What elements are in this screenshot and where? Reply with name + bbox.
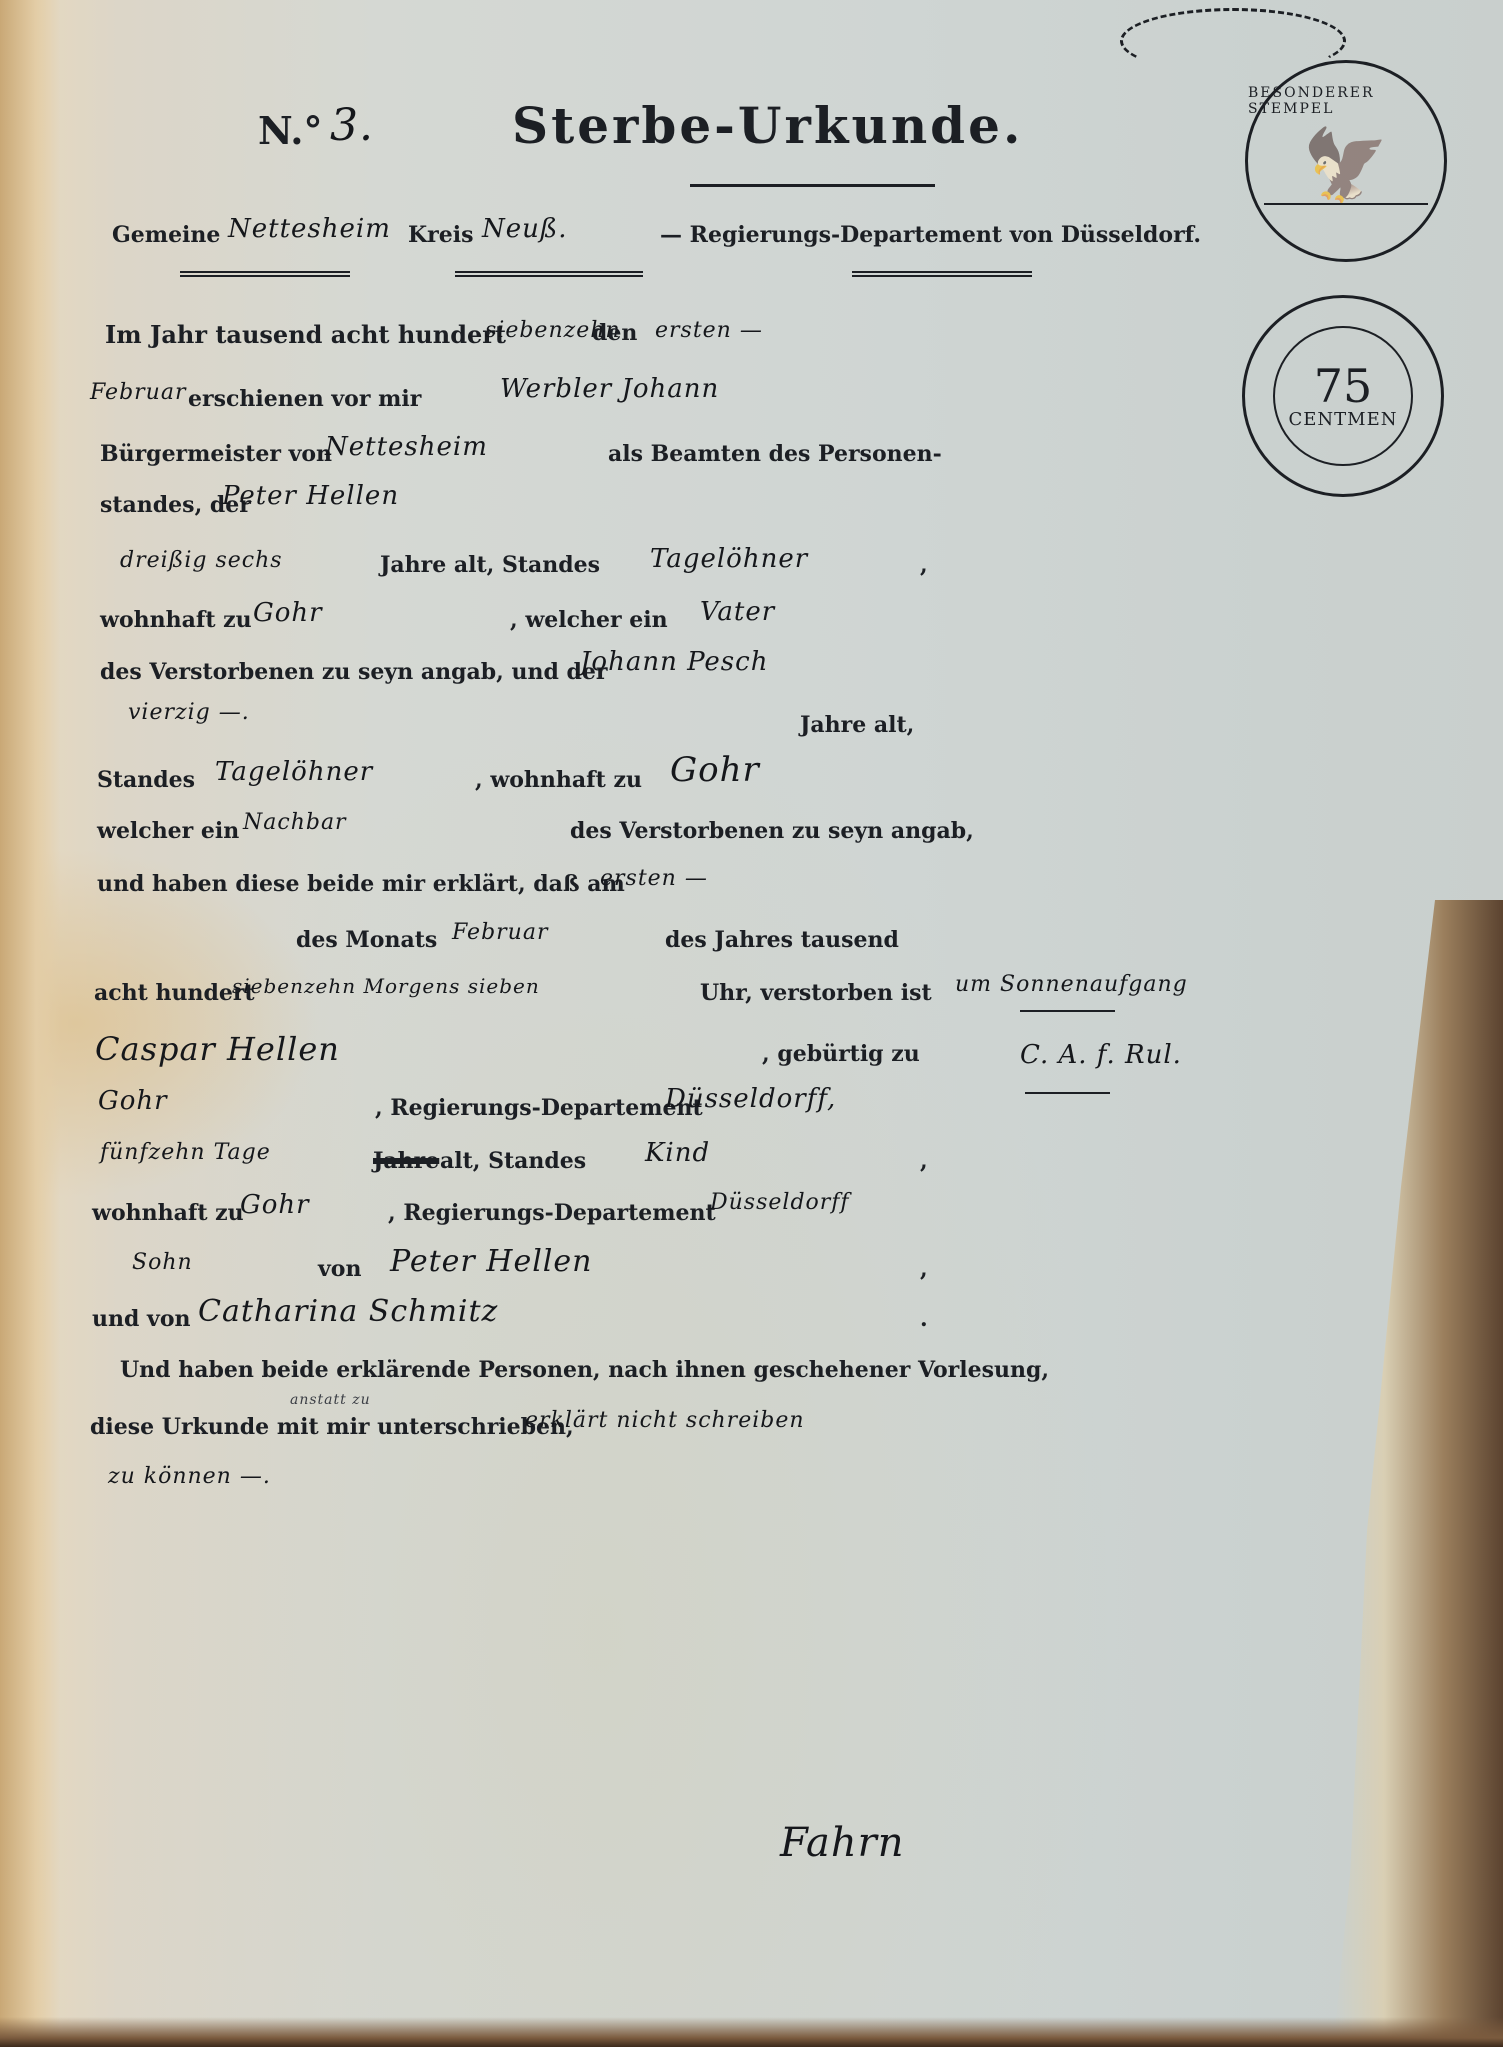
special-stamp: BESONDERER STEMPEL 🦅 (1245, 60, 1447, 262)
line-9-printed: Standes (97, 767, 195, 793)
line-18-printed: von (318, 1256, 361, 1282)
line-5-printed: Jahre alt, Standes (380, 552, 600, 578)
residence-department: Düsseldorff (710, 1190, 850, 1215)
line-13-printed: acht hundert (94, 980, 255, 1006)
struck-word: Jahre (373, 1148, 439, 1174)
torn-right-edge (1333, 900, 1503, 2047)
death-day: ersten — (600, 866, 708, 891)
death-year-time: siebenzehn Morgens sieben (232, 974, 540, 998)
margin-rule-1 (1020, 1010, 1115, 1012)
line-17-printed-2: , Regierungs-Departement (388, 1200, 716, 1226)
margin-rule-2 (1025, 1092, 1110, 1094)
deceased-residence: Gohr (240, 1190, 310, 1220)
line-6-printed-2: , welcher ein (510, 607, 668, 633)
line-17-printed: wohnhaft zu (92, 1200, 244, 1226)
line-14-printed: , gebürtig zu (762, 1041, 920, 1067)
declarant-2-relation: Nachbar (243, 810, 347, 835)
tax-stamp-inner: 75 CENTMEN (1273, 326, 1413, 466)
death-month: Februar (452, 920, 548, 945)
line-10-printed: welcher ein (97, 818, 239, 844)
municipality: Nettesheim (325, 432, 488, 462)
deceased-name: Caspar Hellen (95, 1030, 340, 1068)
deceased-status: Kind (645, 1138, 710, 1168)
line-2-month: Februar (90, 380, 186, 405)
declarant-2-age: vierzig —. (128, 700, 250, 725)
line-21-printed: diese Urkunde mit mir unterschrieben, (90, 1414, 574, 1440)
line-12-printed-2: des Jahres tausend (665, 927, 899, 953)
declarant-1-residence: Gohr (253, 598, 323, 628)
line-11-printed: und haben diese beide mir erklärt, daß a… (97, 871, 625, 897)
interlinear-note: anstatt zu (290, 1392, 371, 1408)
line-19-printed: und von (92, 1306, 190, 1332)
mayor-name: Werbler Johann (500, 374, 719, 404)
tax-amount: 75 (1314, 363, 1373, 409)
line-16-printed: alt, Standes (440, 1148, 586, 1174)
deceased-birthplace: Gohr (98, 1086, 168, 1116)
document-page: N.° 3. Sterbe-Urkunde. BESONDERER STEMPE… (0, 0, 1503, 2047)
line-10-printed-2: des Verstorbenen zu seyn angab, (570, 818, 974, 844)
title-rule (690, 184, 935, 187)
margin-note-1: um Sonnenaufgang (955, 972, 1188, 997)
father-name: Peter Hellen (390, 1244, 592, 1279)
line-1-printed: Im Jahr tausend acht hundert (105, 320, 506, 349)
line-1-printed-2: den (592, 320, 637, 346)
eagle-icon: 🦅 (1302, 124, 1389, 207)
line-5-comma: , (920, 552, 928, 578)
line-18-comma: , (920, 1256, 928, 1282)
line-3-printed: Bürgermeister von (100, 441, 332, 467)
binding-bottom-edge (0, 2017, 1503, 2047)
pencil-loop-mark (1120, 8, 1346, 74)
line-16-comma: , (920, 1148, 928, 1174)
header-rule-2 (455, 271, 643, 277)
stamp-text: BESONDERER STEMPEL (1248, 85, 1444, 117)
line-19-period: . (920, 1306, 928, 1332)
line-12-printed: des Monats (296, 927, 437, 953)
kreis-label: Kreis (408, 222, 473, 248)
line-6-printed: wohnhaft zu (100, 607, 252, 633)
line-20-printed: Und haben beide erklärende Personen, nac… (120, 1357, 1049, 1383)
header-rule-1 (180, 271, 350, 277)
certificate-number: 3. (330, 100, 374, 151)
stamp-baseline (1264, 203, 1428, 205)
line-7-printed: des Verstorbenen zu seyn angab, und der (100, 659, 607, 685)
kreis-value: Neuß. (482, 214, 568, 244)
declarant-2-occupation: Tagelöhner (215, 757, 373, 787)
registrar-signature: Fahrn (780, 1820, 905, 1866)
declarant-1-name: Peter Hellen (222, 481, 399, 511)
deceased-age: fünfzehn Tage (100, 1140, 271, 1165)
number-label: N.° (258, 108, 323, 153)
declarant-1-age: dreißig sechs (120, 548, 283, 573)
line-8-printed: Jahre alt, (800, 712, 914, 738)
gemeine-value: Nettesheim (228, 214, 391, 244)
gemeine-label: Gemeine (112, 222, 220, 248)
line-9-printed-2: , wohnhaft zu (475, 767, 642, 793)
signing-note-end: zu können —. (108, 1464, 271, 1489)
margin-note-2: C. A. f. Rul. (1020, 1040, 1182, 1070)
line-2-printed: erschienen vor mir (188, 386, 421, 412)
line-15-printed: , Regierungs-Departement (375, 1095, 703, 1121)
declarant-1-occupation: Tagelöhner (650, 544, 808, 574)
tax-unit: CENTMEN (1289, 409, 1398, 430)
line-3-printed-2: als Beamten des Personen- (608, 441, 942, 467)
birth-department: Düsseldorff, (665, 1084, 836, 1114)
line-13-printed-2: Uhr, verstorben ist (700, 980, 932, 1006)
line-1-day: ersten — (655, 318, 763, 343)
department-label: — Regierungs-Departement von Düsseldorf. (660, 222, 1201, 248)
tax-stamp: 75 CENTMEN (1242, 295, 1444, 497)
header-rule-3 (852, 271, 1032, 277)
aged-left-edge (0, 0, 60, 2047)
declarant-1-relation: Vater (700, 597, 775, 627)
declarant-2-name: Johann Pesch (580, 647, 768, 677)
declarant-2-residence: Gohr (670, 750, 760, 790)
deceased-relation: Sohn (132, 1250, 193, 1275)
signing-note: erklärt nicht schreiben (525, 1408, 805, 1433)
mother-name: Catharina Schmitz (198, 1294, 498, 1329)
document-title: Sterbe-Urkunde. (512, 96, 1023, 155)
